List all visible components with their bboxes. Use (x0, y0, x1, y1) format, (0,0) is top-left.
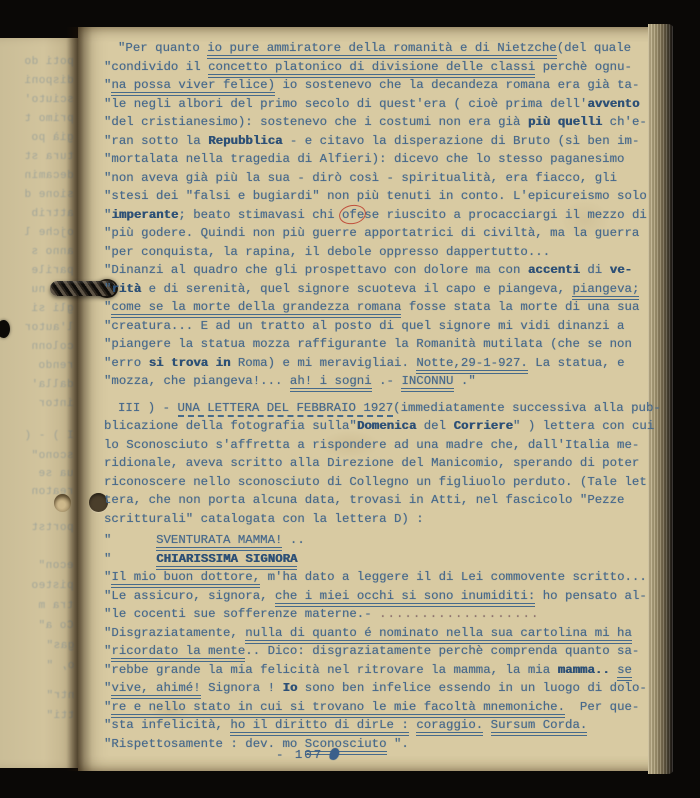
text-segment: Io (282, 681, 297, 695)
text-segment: "Disgraziatamente, (104, 626, 245, 640)
text-segment: Notte,29-1-927. (416, 356, 528, 374)
text-segment: mamma.. (558, 663, 610, 677)
typed-line: riconoscere nello sconosciuto di Collegn… (104, 473, 654, 492)
typed-line: "rebbe grande la mia felicità nel ritrov… (104, 661, 654, 680)
text-segment: ................... (379, 607, 539, 621)
text-segment: sono ben infelice essendo in un luogo di… (297, 681, 646, 695)
text-segment: Signora ! (201, 681, 283, 695)
typed-line: "le cocenti sue sofferenze materne.- ...… (104, 605, 654, 624)
typed-line: "non aveva già più la sua - dirò così - … (104, 169, 654, 188)
text-segment: Roma) e mi meravigliai. (230, 356, 416, 370)
text-segment: CHIARISSIMA SIGNORA (156, 552, 297, 570)
text-segment: " (104, 552, 156, 566)
text-segment: ch'e- (602, 115, 647, 129)
text-segment: UNA LETTERA DEL FEBBRAIO 1927 (178, 401, 394, 417)
page-number: - 107 (104, 748, 700, 762)
text-segment: SVENTURATA MAMMA! (156, 533, 282, 551)
typed-line: "imperante; beato stimavasi chi ofese ri… (104, 206, 654, 225)
typed-line: "per conquista, la rapina, il debole opp… (104, 243, 654, 262)
text-segment: nulla di quanto é nominato nella sua car… (245, 626, 632, 644)
text-segment: "più godere. Quindi non più guerre appor… (104, 226, 639, 240)
text-segment: Repubblica (208, 134, 282, 148)
text-segment: "del cristianesimo): sostenevo che i cos… (104, 115, 528, 129)
text-segment: "creatura... E ad un tratto al posto di … (104, 319, 625, 333)
typed-line: tera, che non porta alcuna data, trovasi… (104, 491, 654, 510)
text-segment: Il mio buon dottore, (111, 570, 260, 588)
text-segment: "Le assicuro, signora, (104, 589, 275, 603)
text-segment: (del quale (557, 41, 631, 55)
text-segment: "piangere la statua mozza raffigurante l… (104, 337, 632, 351)
text-segment: ." (454, 374, 476, 388)
text-segment: " ) lettera con cui (513, 419, 654, 433)
text-segment: III ) - (118, 401, 178, 415)
text-segment (610, 663, 617, 677)
scanned-notebook-photo: { "page": { "number_label": "- 107" }, "… (0, 0, 700, 798)
text-segment: più quelli (528, 115, 602, 129)
text-segment: .- (372, 374, 402, 388)
text-segment: "erro (104, 356, 149, 370)
typed-line: "Per quanto io pure ammiratore della rom… (104, 39, 654, 58)
text-segment: ve- (610, 263, 632, 277)
typed-line: "na possa viver felice) io sostenevo che… (104, 76, 654, 95)
typed-line: "creatura... E ad un tratto al posto di … (104, 317, 654, 336)
page-number-label: - 107 (276, 748, 323, 762)
typed-line: " CHIARISSIMA SIGNORA (104, 550, 654, 569)
text-segment: "stesi dei "falsi e bugiardi" non più te… (104, 189, 647, 203)
text-segment: e di serenità, quel signore scuoteva il … (141, 282, 572, 296)
text-segment: "sta infelicità, (104, 718, 230, 732)
text-segment: ah! i sogni (290, 374, 372, 392)
text-segment: "mortalata nella tragedia di Alfieri): d… (104, 152, 625, 166)
typed-line: "le negli albori del primo secolo di que… (104, 95, 654, 114)
text-segment: "rebbe grande la mia felicità nel ritrov… (104, 663, 558, 677)
text-segment: ho il diritto di dirLe : (230, 718, 408, 736)
text-segment: avvento (587, 97, 639, 111)
ink-blot (329, 747, 340, 761)
text-segment: che i miei occhi si sono inumiditi: (275, 589, 535, 607)
text-segment: (immediatamente successiva alla pub- (393, 401, 661, 415)
gutter-shadow (66, 27, 92, 771)
typed-line: III ) - UNA LETTERA DEL FEBBRAIO 1927(im… (104, 399, 654, 418)
text-segment: riconoscere nello sconosciuto di Collegn… (104, 475, 647, 489)
text-segment: coraggio. (416, 718, 483, 736)
text-segment: piangeva; (572, 282, 639, 300)
text-segment: blicazione della fotografia sulla" (104, 419, 357, 433)
text-segment: io pure ammiratore della romanità e di N… (207, 41, 556, 59)
text-segment: Sursum Corda. (491, 718, 588, 736)
text-segment: ridionale, aveva scritto alla Direzione … (104, 456, 639, 470)
text-segment: "le negli albori del primo secolo di que… (104, 97, 587, 111)
typed-line: "Le assicuro, signora, che i miei occhi … (104, 587, 654, 606)
typed-line: " SVENTURATA MAMMA! .. (104, 531, 654, 550)
text-segment: come se la morte della grandezza romana (111, 300, 401, 318)
text-segment: re e nello stato in cui si trovano le mi… (111, 700, 565, 718)
text-segment: na possa viver felice) (111, 78, 275, 96)
text-segment: "mozza, che piangeva!... (104, 374, 290, 388)
typed-line: "mortalata nella tragedia di Alfieri): d… (104, 150, 654, 169)
typed-line: "condivido il concetto platonico di divi… (104, 58, 654, 77)
text-segment: perchè ognu- (535, 60, 632, 74)
text-segment: ho pensato al- (535, 589, 647, 603)
text-segment: se (617, 663, 632, 681)
text-segment: "condivido il (104, 60, 208, 74)
typed-line: "vive, ahimé! Signora ! Io sono ben infe… (104, 679, 654, 698)
text-segment: - e citavo la disperazione di Bruto (sì … (282, 134, 639, 148)
red-pen-circle: ofe (342, 208, 364, 222)
typed-line: "re e nello stato in cui si trovano le m… (104, 698, 654, 717)
typed-text-block: "Per quanto io pure ammiratore della rom… (104, 39, 654, 753)
text-segment: .. (282, 533, 304, 547)
text-segment: ricordato la mente (111, 644, 245, 662)
text-segment: m'ha dato a leggere il di Lei commovente… (260, 570, 647, 584)
typed-line: "più godere. Quindi non più guerre appor… (104, 224, 654, 243)
typed-line: "rità e di serenità, quel signore scuote… (104, 280, 654, 299)
text-segment: si trova in (149, 356, 231, 370)
text-segment: lo Sconosciuto s'affretta a rispondere a… (104, 438, 639, 452)
text-segment: tera, che non porta alcuna data, trovasi… (104, 493, 625, 507)
typed-line: "ran sotto la Repubblica - e citavo la d… (104, 132, 654, 151)
typed-line: "come se la morte della grandezza romana… (104, 298, 654, 317)
text-segment: vive, ahimé! (111, 681, 200, 699)
typed-line: "piangere la statua mozza raffigurante l… (104, 335, 654, 354)
text-segment: accenti (528, 263, 580, 277)
typed-line: "ricordato la mente.. Dico: disgraziatam… (104, 642, 654, 661)
punch-hole-left (54, 494, 71, 512)
text-segment: La statua, e (528, 356, 625, 370)
text-segment: del (416, 419, 453, 433)
typed-line: "Disgraziatamente, nulla di quanto é nom… (104, 624, 654, 643)
typed-line: ridionale, aveva scritto alla Direzione … (104, 454, 654, 473)
text-segment: "Dinanzi al quadro che gli prospettavo c… (104, 263, 528, 277)
text-segment: Corriere (454, 419, 514, 433)
typed-line: "Dinanzi al quadro che gli prospettavo c… (104, 261, 654, 280)
typed-line: "sta infelicità, ho il diritto di dirLe … (104, 716, 654, 735)
typed-line: blicazione della fotografia sulla"Domeni… (104, 417, 654, 436)
text-segment: Per que- (565, 700, 639, 714)
typed-line: "mozza, che piangeva!... ah! i sogni .- … (104, 372, 654, 391)
text-segment: "le cocenti sue sofferenze materne.- (104, 607, 379, 621)
typed-line: scritturali" catalogata con la lettera D… (104, 510, 654, 529)
text-segment: "Per quanto (118, 41, 207, 55)
typed-line: "Il mio buon dottore, m'ha dato a legger… (104, 568, 654, 587)
typed-line: "stesi dei "falsi e bugiardi" non più te… (104, 187, 654, 206)
text-segment (483, 718, 490, 732)
text-segment: di (580, 263, 610, 277)
text-segment: rità (111, 282, 141, 296)
text-segment: io sostenevo che la decandeza romana era… (275, 78, 639, 92)
typed-line: lo Sconosciuto s'affretta a rispondere a… (104, 436, 654, 455)
text-segment: INCONNU (401, 374, 453, 392)
text-segment: "non aveva già più la sua - dirò così - … (104, 171, 617, 185)
text-segment: "ran sotto la (104, 134, 208, 148)
text-segment: ; beato stimavasi chi (178, 208, 342, 222)
text-segment: scritturali" catalogata con la lettera D… (104, 512, 424, 526)
text-segment: concetto platonico di divisione delle cl… (208, 60, 535, 78)
text-segment: fosse stata la morte di una sua (401, 300, 639, 314)
text-segment: Domenica (357, 419, 417, 433)
text-segment: "per conquista, la rapina, il debole opp… (104, 245, 550, 259)
text-segment: " (104, 533, 156, 547)
text-segment: se riuscito a procacciargi il mezzo di (364, 208, 647, 222)
typed-line: "erro si trova in Roma) e mi meravigliai… (104, 354, 654, 373)
text-segment: .. Dico: disgraziatamente perchè compren… (245, 644, 639, 658)
typed-line: "del cristianesimo): sostenevo che i cos… (104, 113, 654, 132)
text-segment: imperante (111, 208, 178, 222)
